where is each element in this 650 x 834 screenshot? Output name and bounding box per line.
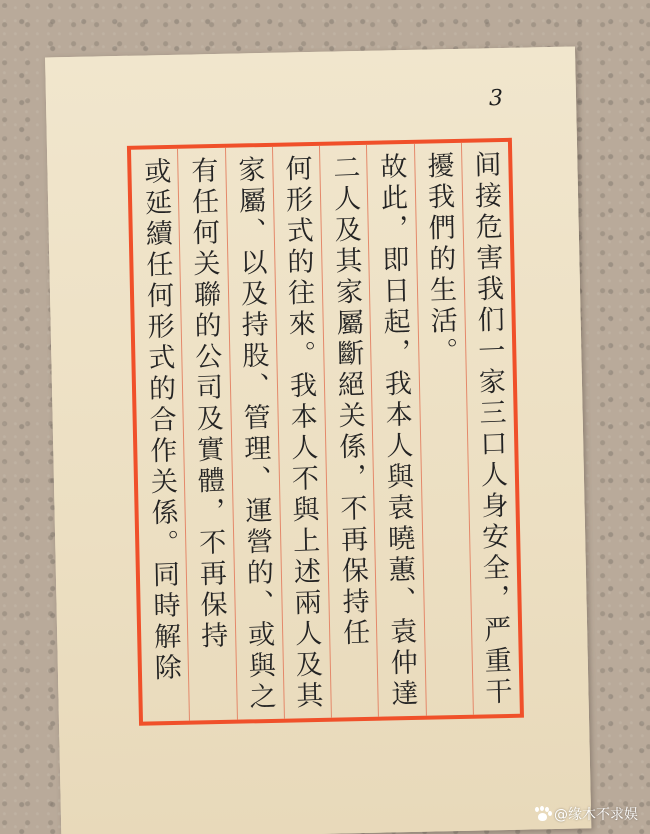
column-text: 二人及其家屬斷絕关係，不再保持任 [330,153,369,718]
red-ruled-frame: 间接危害我们一家三口人身安全，严重干 擾我們的生活。 故此，即日起，我本人與袁曉… [127,138,524,726]
text-columns: 间接危害我们一家三口人身安全，严重干 擾我們的生活。 故此，即日起，我本人與袁曉… [131,142,520,722]
column-text: 有任何关聯的公司及實體，不再保持 [188,156,227,721]
page-number: 3 [489,86,504,111]
column-text: 家屬、以及持股、管理、運營的、或與之 [235,155,274,720]
watermark-text: @缘木不求娱 [554,804,638,824]
column-text: 擾我們的生活。 [424,151,463,716]
column-text: 间接危害我们一家三口人身安全，严重干 [471,150,510,715]
column-text: 故此，即日起，我本人與袁曉蕙、袁仲達 [377,152,416,717]
paw-icon [534,806,550,822]
watermark: @缘木不求娱 [534,804,638,824]
column-text: 或延續任何形式的合作关係。同時解除 [141,157,180,722]
letter-sheet: 3 间接危害我们一家三口人身安全，严重干 擾我們的生活。 故此，即日起，我本人與… [45,46,591,834]
column-text: 何形式的往來。我本人不與上述兩人及其 [283,154,322,719]
